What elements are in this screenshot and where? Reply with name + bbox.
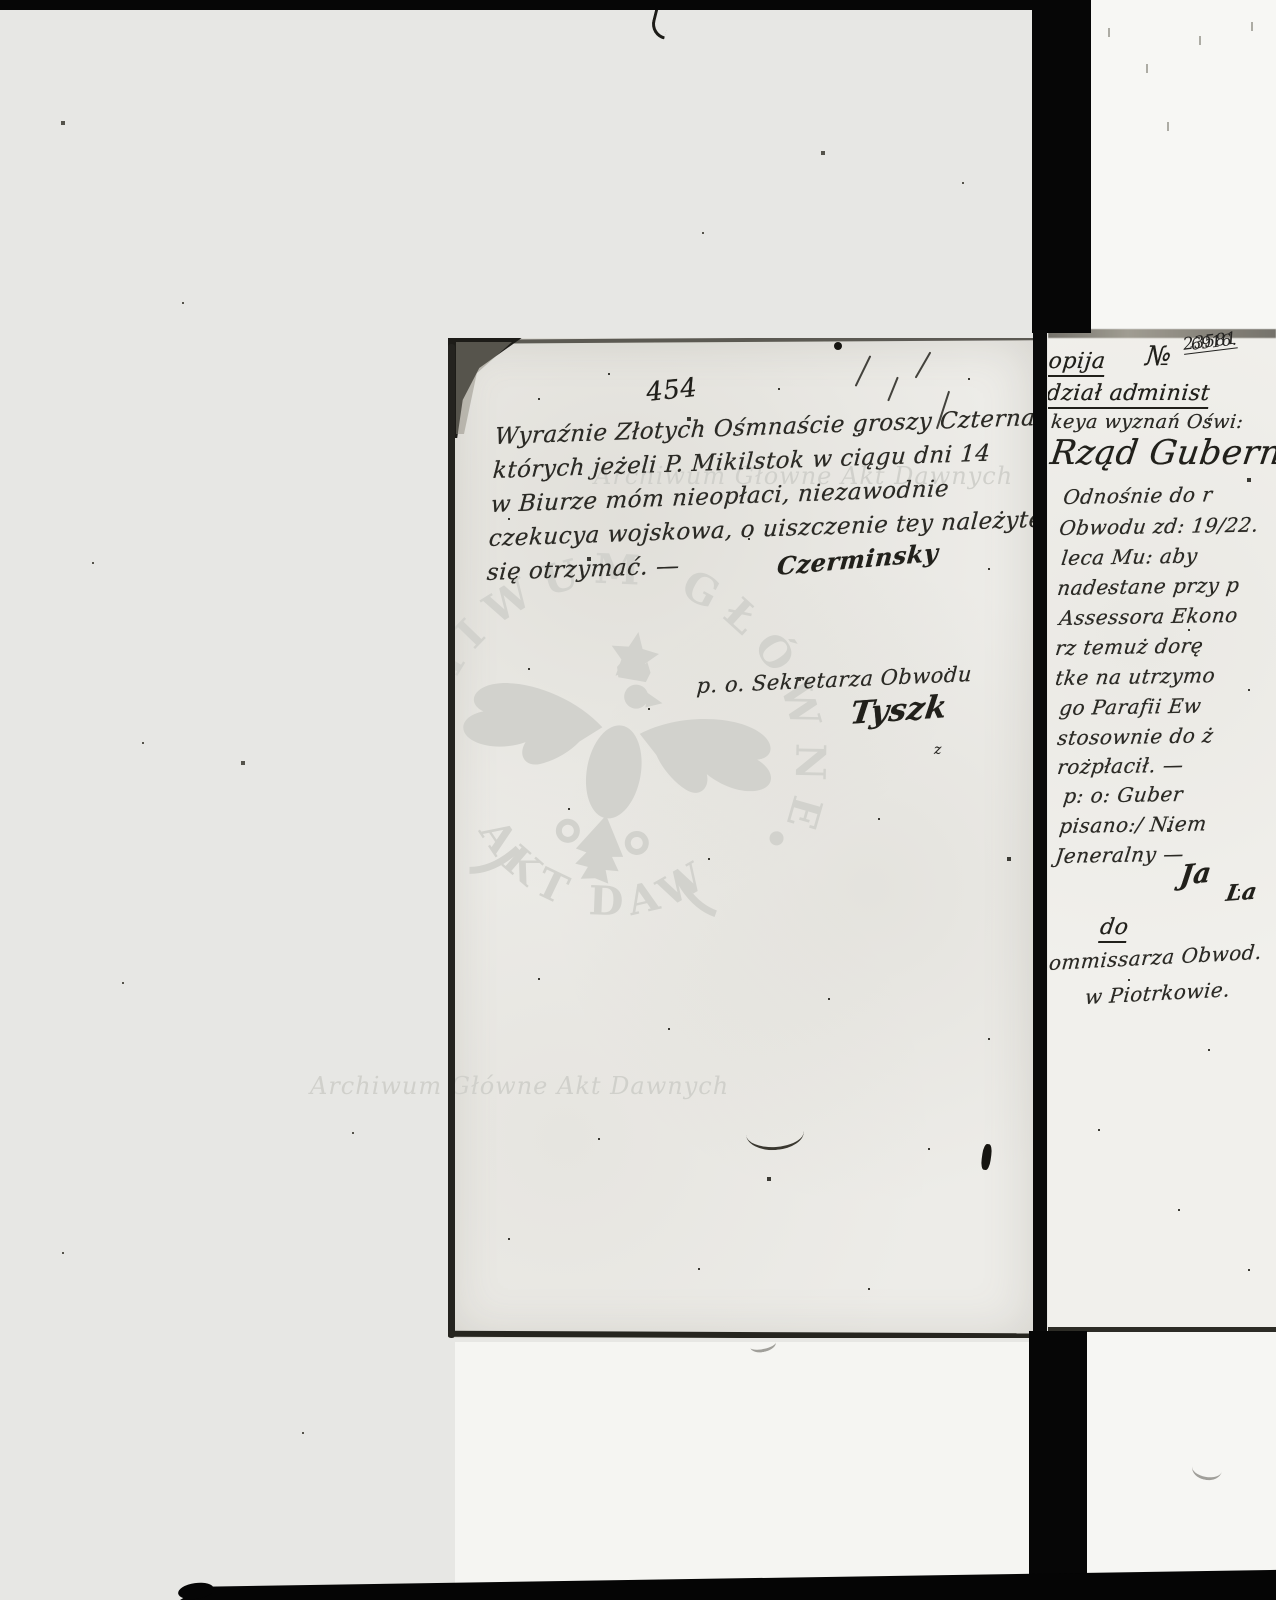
addressee-line: w Piotrkowie. [1084, 977, 1231, 1009]
signature-secondary: La [1224, 878, 1259, 907]
ink-curve-mark [745, 1114, 805, 1152]
manuscript-line: go Parafii Ew [1058, 693, 1203, 720]
page-corner-shade [456, 342, 536, 434]
ink-hatch [855, 355, 872, 386]
frame-separator-top [1032, 0, 1091, 333]
signature-governor: Ja [1178, 857, 1214, 892]
stamp-bullet: • [760, 814, 793, 865]
ink-hatch [915, 352, 932, 379]
manuscript-line: Obwodu zd: 19/22. [1058, 512, 1260, 540]
manuscript-line: pisano:/ Niem [1058, 811, 1208, 838]
document-number-bottom: 6916. [1182, 330, 1237, 353]
signature-clerk: Tyszk [848, 689, 950, 732]
manuscript-line: rz temuż dorę [1054, 633, 1205, 660]
page-bottom-edge [448, 1331, 1033, 1338]
manuscript-line: tke na utrzymo [1054, 663, 1217, 690]
manuscript-line: Assessora Ekono [1058, 603, 1239, 630]
ink-dot [834, 342, 842, 350]
adjacent-frame-bottom-right [1087, 1331, 1276, 1577]
film-fibre [1146, 64, 1148, 73]
microfilm-scan: ARCHIWUM GŁÓWNE AKT DAWNYCH • [0, 0, 1276, 1600]
film-fibre [1167, 122, 1169, 131]
clerk-flourish-mark: z [934, 742, 942, 758]
manuscript-line: Odnośnie do r [1062, 482, 1214, 509]
manuscript-line: rozpłacił. — [1056, 753, 1185, 779]
archive-watermark-text: Archiwum Główne Akt Dawnych [310, 1072, 729, 1100]
document-number-sign: № [1144, 341, 1173, 372]
adjacent-frame-bottom-left [455, 1342, 1030, 1600]
archive-stamp-watermark: ARCHIWUM GŁÓWNE AKT DAWNYCH • [448, 534, 846, 996]
frame-separator-line [1033, 330, 1047, 1335]
ink-blot [980, 1144, 993, 1171]
left-manuscript-page: ARCHIWUM GŁÓWNE AKT DAWNYCH • [448, 338, 1033, 1338]
ink-hatch [887, 377, 899, 402]
manuscript-line: leca Mu: aby [1060, 544, 1199, 570]
film-scratch [649, 7, 672, 40]
manuscript-line: stosownie do ż [1056, 723, 1215, 750]
page-top-edge [462, 338, 1033, 344]
page-number: 454 [645, 373, 699, 408]
adjacent-frame-top-right [1091, 0, 1276, 328]
department-text: dział administ [1048, 381, 1211, 409]
manuscript-line: nadestane przy p [1056, 573, 1241, 600]
addressee-line: ommissarza Obwod. [1048, 940, 1263, 975]
copy-label-text: opija [1048, 349, 1107, 377]
manuscript-line: p: o: Guber [1062, 782, 1185, 808]
addressee-label-text: do [1098, 915, 1130, 943]
authority-line: Rząd Gubern [1048, 433, 1276, 473]
film-fibre [1108, 28, 1110, 37]
right-manuscript-page: opija № 23581 6916. dział administ keya … [1048, 329, 1276, 1332]
film-fibre [1199, 36, 1201, 45]
film-fibre [1251, 22, 1253, 31]
film-top-bar [0, 0, 1033, 10]
manuscript-line: Jeneralny — [1054, 842, 1185, 868]
page-specks [448, 338, 450, 340]
section-line: keya wyznań Oświ: [1050, 411, 1245, 433]
frame-separator-bottom [1029, 1331, 1087, 1600]
